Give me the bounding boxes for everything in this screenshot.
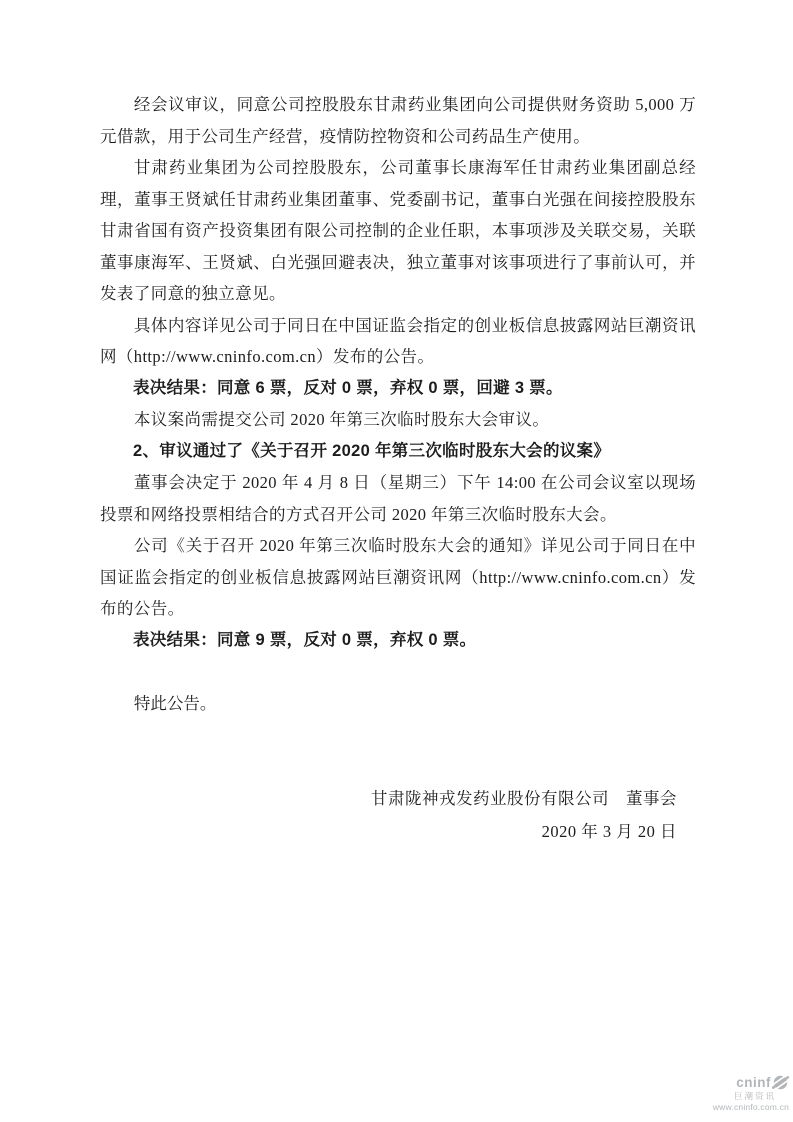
vote-result-item-2: 表决结果：同意 9 票，反对 0 票，弃权 0 票。 <box>100 625 696 657</box>
para-submit-to-agm: 本议案尚需提交公司 2020 年第三次临时股东大会审议。 <box>100 404 696 436</box>
para-meeting-notice: 公司《关于召开 2020 年第三次临时股东大会的通知》详见公司于同日在中国证监会… <box>100 530 696 625</box>
para-related-party-detail: 甘肃药业集团为公司控股股东，公司董事长康海军任甘肃药业集团副总经理，董事王贤斌任… <box>100 152 696 310</box>
signature-date: 2020 年 3 月 20 日 <box>100 815 677 848</box>
cninfo-logo: cninf <box>703 1074 789 1091</box>
para-financial-assistance: 经会议审议，同意公司控股股东甘肃药业集团向公司提供财务资助 5,000 万元借款… <box>100 89 696 152</box>
signature-company: 甘肃陇神戎发药业股份有限公司 董事会 <box>100 782 677 815</box>
section-2-heading: 2、审议通过了《关于召开 2020 年第三次临时股东大会的议案》 <box>100 436 696 468</box>
cninfo-swirl-icon <box>772 1074 789 1091</box>
cninfo-site-url: www.cninfo.com.cn <box>703 1103 789 1112</box>
document-body: 经会议审议，同意公司控股股东甘肃药业集团向公司提供财务资助 5,000 万元借款… <box>100 89 696 848</box>
cninfo-wordmark: cninf <box>736 1076 771 1090</box>
para-disclosure-website: 具体内容详见公司于同日在中国证监会指定的创业板信息披露网站巨潮资讯网（http:… <box>100 310 696 373</box>
signature-block: 甘肃陇神戎发药业股份有限公司 董事会 2020 年 3 月 20 日 <box>100 782 696 848</box>
cninfo-site-name: 巨潮资讯 <box>703 1092 789 1101</box>
announcement-page: 经会议审议，同意公司控股股东甘肃药业集团向公司提供财务资助 5,000 万元借款… <box>0 0 793 1122</box>
para-meeting-arrangement: 董事会决定于 2020 年 4 月 8 日（星期三）下午 14:00 在公司会议… <box>100 467 696 530</box>
closing-note: 特此公告。 <box>100 688 696 720</box>
vote-result-item-1: 表决结果：同意 6 票，反对 0 票，弃权 0 票，回避 3 票。 <box>100 373 696 405</box>
cninfo-watermark: cninf 巨潮资讯 www.cninfo.com.cn <box>703 1074 789 1112</box>
